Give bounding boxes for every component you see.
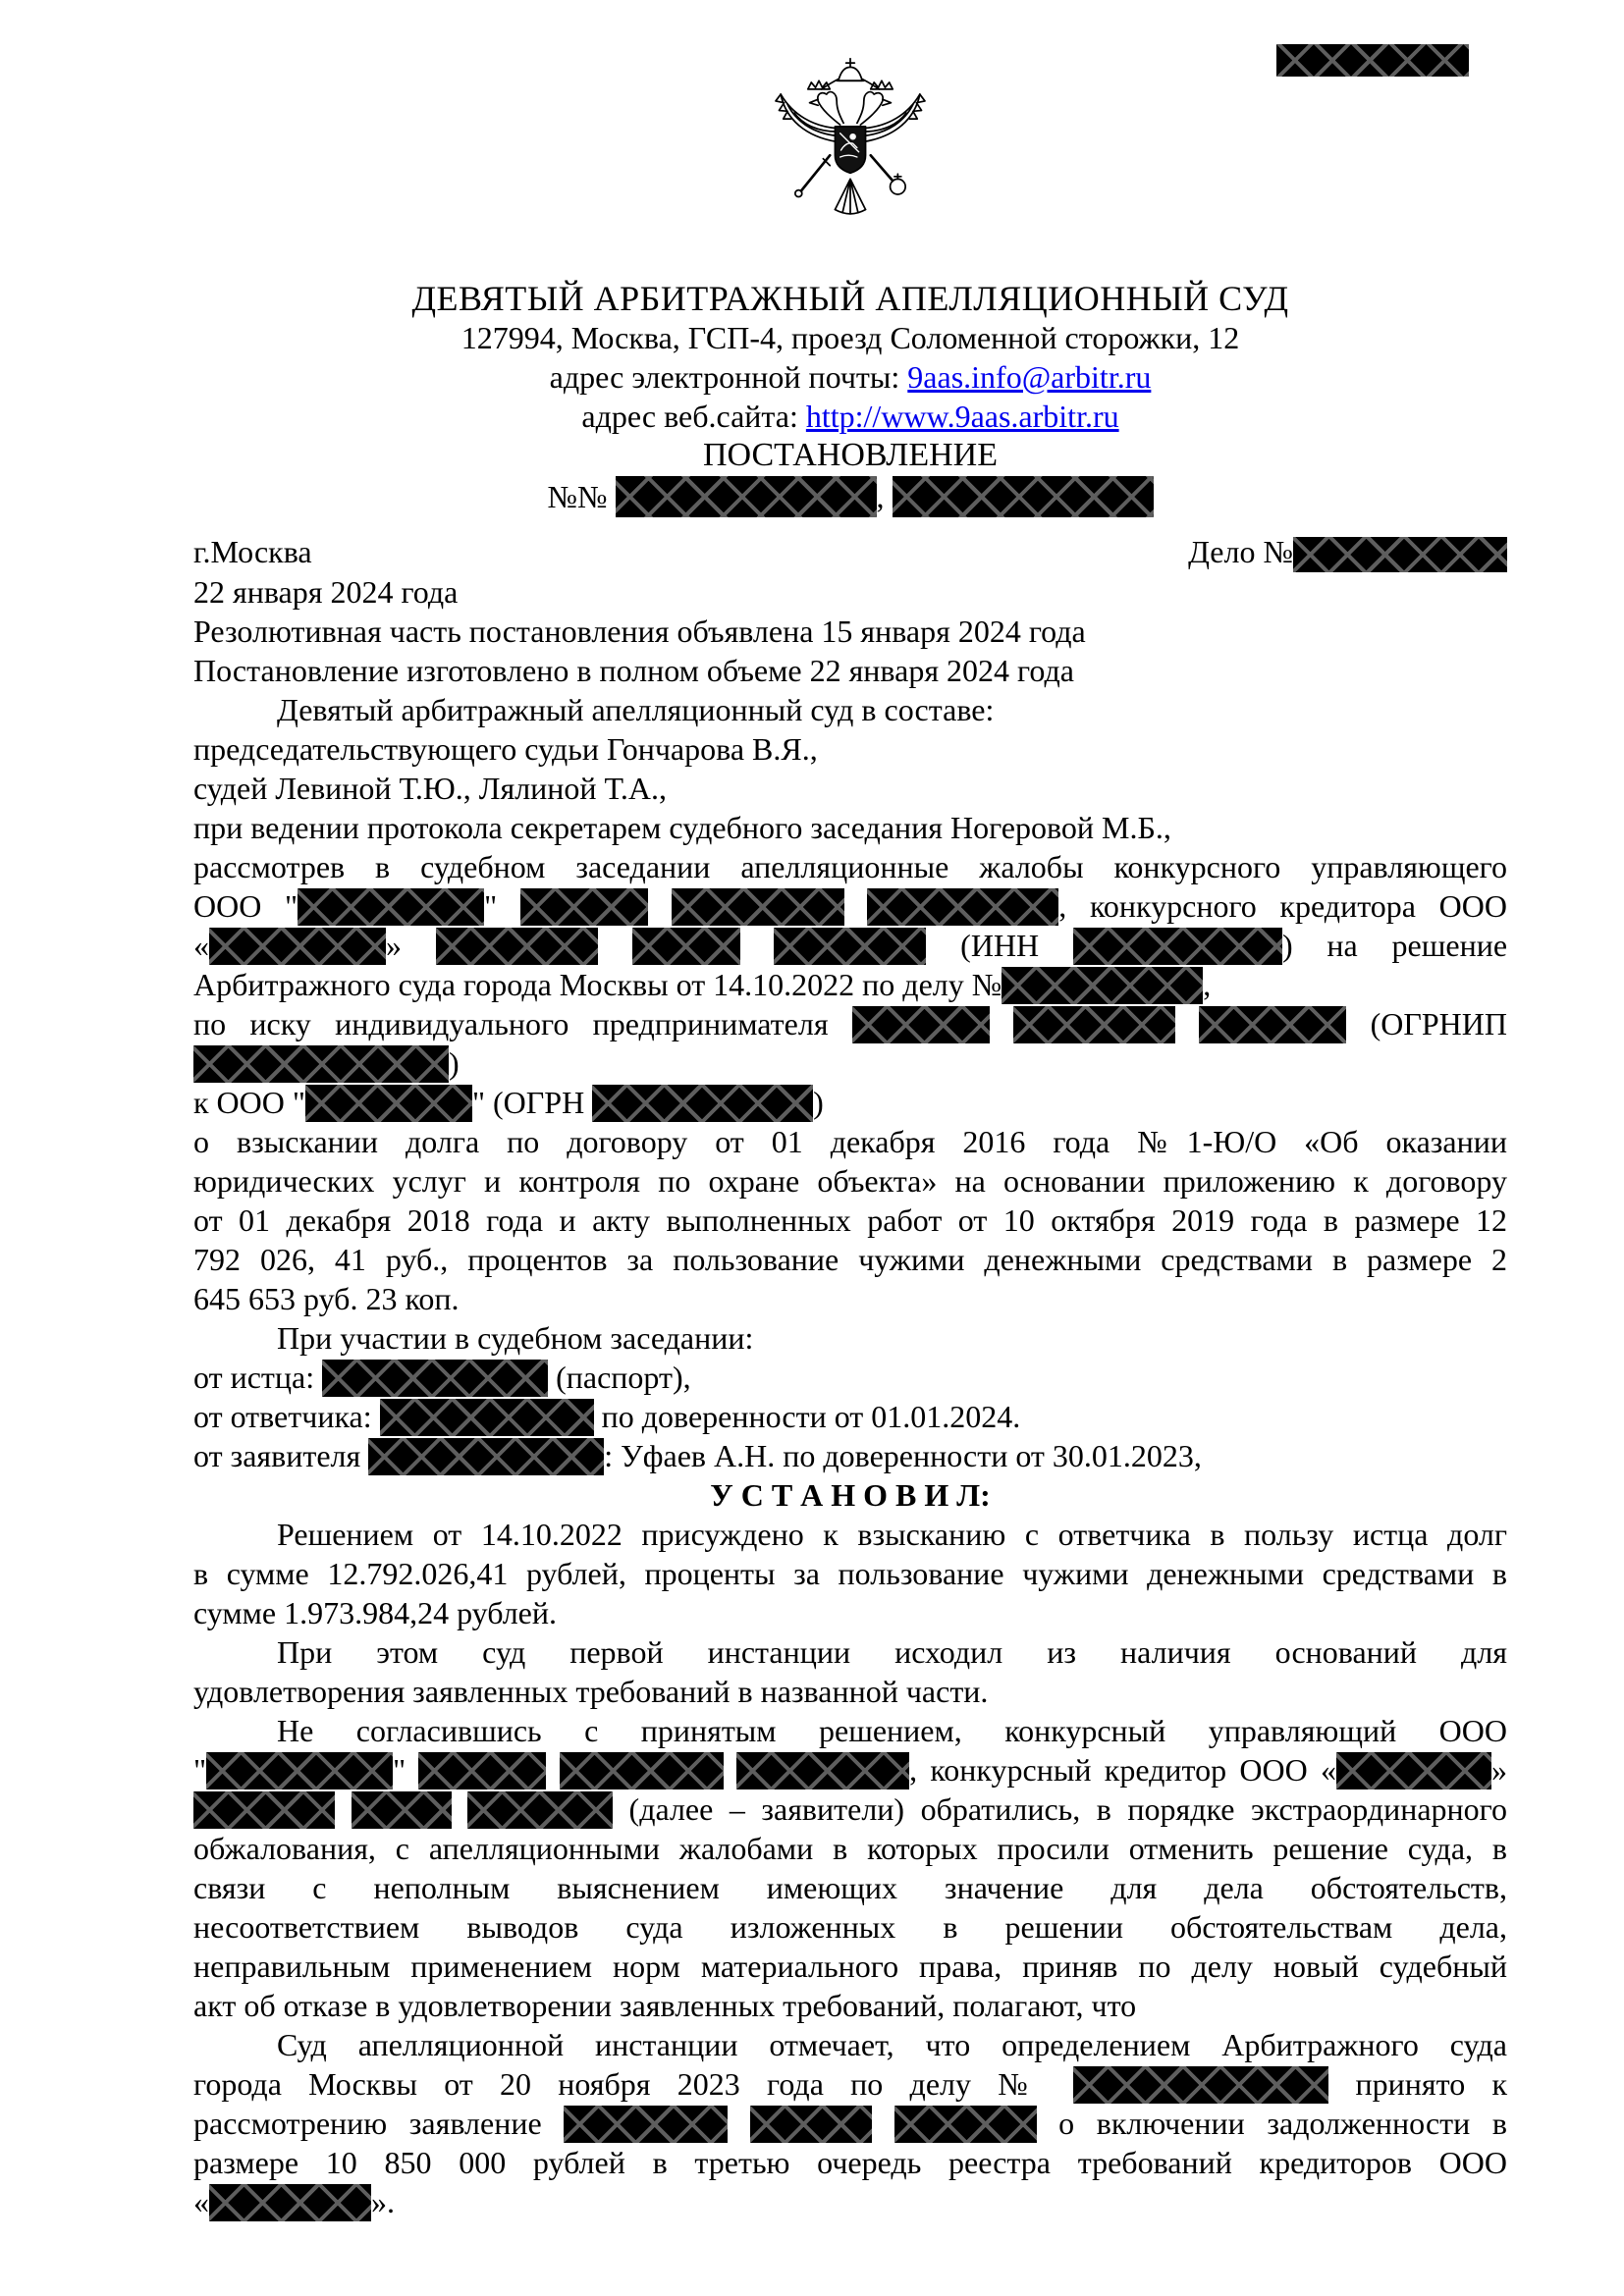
text-segment: от заявителя — [193, 1438, 368, 1473]
text-segment: « — [193, 928, 209, 963]
text-segment — [740, 928, 775, 963]
text-segment — [335, 1791, 352, 1827]
text-line: юридических услуг и контроля по охране о… — [193, 1161, 1507, 1201]
text-segment: ». — [371, 2184, 395, 2219]
redaction-block — [1293, 537, 1507, 572]
redaction-block — [322, 1360, 548, 1397]
text-line: сумме 1.973.984,24 рублей. — [193, 1593, 1507, 1632]
text-segment: председательствующего судьи Гончарова В.… — [193, 731, 818, 767]
text-segment: " — [393, 1752, 418, 1788]
text-segment: принято к — [1328, 2066, 1507, 2102]
text-line: Решением от 14.10.2022 присуждено к взыс… — [193, 1515, 1507, 1554]
text-segment — [452, 1791, 468, 1827]
place-label: г.Москва — [193, 532, 312, 572]
redaction-block — [209, 928, 386, 965]
redaction-block — [867, 888, 1058, 926]
text-segment: , конкурсного кредитора ООО — [1058, 888, 1507, 924]
text-segment: юридических услуг и контроля по охране о… — [193, 1163, 1507, 1199]
text-segment: при ведении протокола секретарем судебно… — [193, 810, 1171, 845]
text-line: Постановление изготовлено в полном объем… — [193, 651, 1507, 690]
text-segment: г.Москва — [193, 534, 312, 569]
redaction-block — [616, 476, 877, 517]
redaction-block — [520, 888, 648, 926]
text-segment: о включении задолженности в — [1037, 2106, 1507, 2141]
text-segment: несоответствием выводов суда изложенных … — [193, 1909, 1507, 1945]
redaction-block — [193, 1791, 335, 1829]
text-line: У С Т А Н О В И Л: — [193, 1475, 1507, 1515]
text-segment: акт об отказе в удовлетворении заявленны… — [193, 1988, 1136, 2023]
text-line: от истца: (паспорт), — [193, 1358, 1507, 1397]
redaction-block — [1013, 1006, 1175, 1043]
text-line: председательствующего судьи Гончарова В.… — [193, 729, 1507, 769]
redaction-block — [305, 1085, 472, 1122]
text-line: «» (ИНН ) на решение — [193, 926, 1507, 965]
text-segment: неправильным применением норм материальн… — [193, 1949, 1507, 1984]
text-segment: " (ОГРН — [472, 1085, 592, 1120]
redaction-block — [418, 1752, 546, 1789]
text-line: При участии в судебном заседании: — [193, 1318, 1507, 1358]
text-segment: (паспорт), — [548, 1360, 691, 1395]
text-segment: от 01 декабря 2018 года и акту выполненн… — [193, 1202, 1507, 1238]
redaction-block — [1336, 1752, 1491, 1789]
redaction-block — [736, 1752, 909, 1789]
website-label: адрес веб.сайта: — [581, 399, 805, 434]
text-segment: , — [1203, 967, 1211, 1002]
text-line: ООО "" , конкурсного кредитора ООО — [193, 886, 1507, 926]
text-segment: , конкурсный кредитор ООО « — [909, 1752, 1336, 1788]
redaction-block — [1001, 967, 1203, 1004]
text-segment: Резолютивная часть постановления объявле… — [193, 614, 1086, 649]
text-segment — [1175, 1006, 1199, 1041]
text-line: Арбитражного суда города Москвы от 14.10… — [193, 965, 1507, 1004]
court-website-line: адрес веб.сайта: http://www.9aas.arbitr.… — [193, 397, 1507, 436]
court-name: ДЕВЯТЫЙ АРБИТРАЖНЫЙ АПЕЛЛЯЦИОННЫЙ СУД — [193, 279, 1507, 318]
email-label: адрес электронной почты: — [550, 359, 908, 395]
text-segment: судей Левиной Т.Ю., Лялиной Т.А., — [193, 771, 667, 806]
redaction-block — [206, 1752, 393, 1789]
text-segment: в сумме 12.792.026,41 рублей, проценты з… — [193, 1556, 1507, 1591]
text-segment: « — [193, 2184, 209, 2219]
redaction-block — [564, 2106, 728, 2143]
text-line: неправильным применением норм материальн… — [193, 1947, 1507, 1986]
text-segment: При участии в судебном заседании: — [277, 1320, 753, 1356]
text-line: от заявителя : Уфаев А.Н. по доверенност… — [193, 1436, 1507, 1475]
text-line: Резолютивная часть постановления объявле… — [193, 612, 1507, 651]
text-segment — [546, 1752, 559, 1788]
text-segment: Не согласившись с принятым решением, кон… — [277, 1713, 1507, 1748]
text-segment: При этом суд первой инстанции исходил из… — [277, 1634, 1507, 1670]
redaction-block — [1073, 2066, 1328, 2104]
text-line: в сумме 12.792.026,41 рублей, проценты з… — [193, 1554, 1507, 1593]
redaction-block — [672, 888, 844, 926]
text-line: рассмотрению заявление о включении задол… — [193, 2104, 1507, 2143]
text-line: ) — [193, 1043, 1507, 1083]
text-segment: города Москвы от 20 ноября 2023 года по … — [193, 2066, 1073, 2102]
redaction-block — [632, 928, 740, 965]
text-line: 645 653 руб. 23 коп. — [193, 1279, 1507, 1318]
text-segment: сумме 1.973.984,24 рублей. — [193, 1595, 557, 1630]
text-segment: связи с неполным выяснением имеющих знач… — [193, 1870, 1507, 1905]
redaction-block — [774, 928, 926, 965]
text-segment: рассмотрев в судебном заседании апелляци… — [193, 849, 1507, 884]
text-line: удовлетворения заявленных требований в н… — [193, 1672, 1507, 1711]
redaction-block — [893, 476, 1154, 517]
text-line: по иску индивидуального предпринимателя … — [193, 1004, 1507, 1043]
redaction-block — [436, 928, 598, 965]
text-segment: Девятый арбитражный апелляционный суд в … — [277, 692, 994, 727]
text-line: размере 10 850 000 рублей в третью очере… — [193, 2143, 1507, 2182]
redaction-block — [852, 1006, 990, 1043]
text-segment: 792 026, 41 руб., процентов за пользован… — [193, 1242, 1507, 1277]
text-segment: 645 653 руб. 23 коп. — [193, 1281, 459, 1316]
text-line: обжалования, с апелляционными жалобами в… — [193, 1829, 1507, 1868]
text-line: к ООО "" (ОГРН ) — [193, 1083, 1507, 1122]
text-line: г.МоскваДело № — [193, 532, 1507, 572]
text-segment: : Уфаев А.Н. по доверенности от 30.01.20… — [604, 1438, 1202, 1473]
document-header: ДЕВЯТЫЙ АРБИТРАЖНЫЙ АПЕЛЛЯЦИОННЫЙ СУД 12… — [193, 55, 1507, 518]
redaction-block — [750, 2106, 872, 2143]
text-segment: (ОГРНИП — [1346, 1006, 1507, 1041]
text-segment: (далее – заявители) обратились, в порядк… — [613, 1791, 1507, 1827]
text-segment: 22 января 2024 года — [193, 574, 458, 610]
case-number: Дело № — [1188, 532, 1507, 572]
text-segment: Дело № — [1188, 534, 1293, 569]
text-segment: Арбитражного суда города Москвы от 14.10… — [193, 967, 1001, 1002]
text-segment: ) — [813, 1085, 824, 1120]
email-link[interactable]: 9aas.info@arbitr.ru — [907, 359, 1151, 395]
text-segment: рассмотрению заявление — [193, 2106, 564, 2141]
text-line: «». — [193, 2182, 1507, 2221]
document-body: г.МоскваДело №22 января 2024 годаРезолют… — [193, 532, 1507, 2221]
text-segment — [724, 1752, 736, 1788]
text-line: 792 026, 41 руб., процентов за пользован… — [193, 1240, 1507, 1279]
text-segment: удовлетворения заявленных требований в н… — [193, 1674, 988, 1709]
text-segment — [990, 1006, 1013, 1041]
redaction-block — [894, 2106, 1037, 2143]
coat-of-arms-icon — [757, 55, 944, 234]
text-segment — [728, 2106, 750, 2141]
text-segment: от истца: — [193, 1360, 322, 1395]
redaction-block — [1073, 928, 1282, 965]
case-numbers-line: №№ , — [193, 475, 1507, 518]
text-line: при ведении протокола секретарем судебно… — [193, 808, 1507, 847]
redaction-block — [209, 2184, 371, 2221]
text-line: Суд апелляционной инстанции отмечает, чт… — [193, 2025, 1507, 2064]
text-segment: по доверенности от 01.01.2024. — [594, 1399, 1021, 1434]
text-segment: » — [1491, 1752, 1507, 1788]
text-line: (далее – заявители) обратились, в порядк… — [193, 1789, 1507, 1829]
redaction-block — [352, 1791, 452, 1829]
redaction-block — [298, 888, 484, 926]
text-segment: , — [877, 479, 893, 514]
text-segment: ООО " — [193, 888, 298, 924]
document-title: ПОСТАНОВЛЕНИЕ — [193, 436, 1507, 475]
text-line: "" , конкурсный кредитор ООО «» — [193, 1750, 1507, 1789]
text-line: 22 января 2024 года — [193, 572, 1507, 612]
document-page: ДЕВЯТЫЙ АРБИТРАЖНЫЙ АПЕЛЛЯЦИОННЫЙ СУД 12… — [193, 0, 1507, 2221]
text-segment: к ООО " — [193, 1085, 305, 1120]
text-segment: №№ — [547, 479, 615, 514]
text-line: о взыскании долга по договору от 01 дека… — [193, 1122, 1507, 1161]
text-line: судей Левиной Т.Ю., Лялиной Т.А., — [193, 769, 1507, 808]
text-line: от ответчика: по доверенности от 01.01.2… — [193, 1397, 1507, 1436]
text-line: связи с неполным выяснением имеющих знач… — [193, 1868, 1507, 1907]
text-segment — [844, 888, 868, 924]
redaction-block — [592, 1085, 813, 1122]
text-line: города Москвы от 20 ноября 2023 года по … — [193, 2064, 1507, 2104]
website-link[interactable]: http://www.9aas.arbitr.ru — [806, 399, 1119, 434]
text-segment: " — [193, 1752, 206, 1788]
text-segment: обжалования, с апелляционными жалобами в… — [193, 1831, 1507, 1866]
redaction-block — [380, 1399, 594, 1436]
text-line: Девятый арбитражный апелляционный суд в … — [193, 690, 1507, 729]
redaction-block — [560, 1752, 724, 1789]
text-segment: о взыскании долга по договору от 01 дека… — [193, 1124, 1507, 1159]
redaction-block — [467, 1791, 613, 1829]
text-line: от 01 декабря 2018 года и акту выполненн… — [193, 1201, 1507, 1240]
redaction-block — [368, 1438, 604, 1475]
text-segment: размере 10 850 000 рублей в третью очере… — [193, 2145, 1507, 2180]
text-segment: по иску индивидуального предпринимателя — [193, 1006, 852, 1041]
text-segment: ) — [449, 1045, 460, 1081]
text-line: несоответствием выводов суда изложенных … — [193, 1907, 1507, 1947]
text-segment: Суд апелляционной инстанции отмечает, чт… — [277, 2027, 1507, 2062]
text-line: Не согласившись с принятым решением, кон… — [193, 1711, 1507, 1750]
redaction-block — [1199, 1006, 1346, 1043]
text-segment — [598, 928, 632, 963]
court-email-line: адрес электронной почты: 9aas.info@arbit… — [193, 357, 1507, 397]
text-line: рассмотрев в судебном заседании апелляци… — [193, 847, 1507, 886]
text-segment: У С Т А Н О В И Л: — [710, 1477, 991, 1513]
text-line: акт об отказе в удовлетворении заявленны… — [193, 1986, 1507, 2025]
text-segment: " — [484, 888, 520, 924]
court-address: 127994, Москва, ГСП-4, проезд Соломенной… — [193, 318, 1507, 357]
text-line: При этом суд первой инстанции исходил из… — [193, 1632, 1507, 1672]
text-segment: (ИНН — [926, 928, 1073, 963]
text-segment: ) на решение — [1282, 928, 1507, 963]
redaction-block — [193, 1045, 449, 1083]
text-segment — [648, 888, 672, 924]
text-segment — [872, 2106, 894, 2141]
text-segment: Решением от 14.10.2022 присуждено к взыс… — [277, 1517, 1507, 1552]
text-segment: » — [386, 928, 436, 963]
text-segment: от ответчика: — [193, 1399, 380, 1434]
text-segment: Постановление изготовлено в полном объем… — [193, 653, 1074, 688]
